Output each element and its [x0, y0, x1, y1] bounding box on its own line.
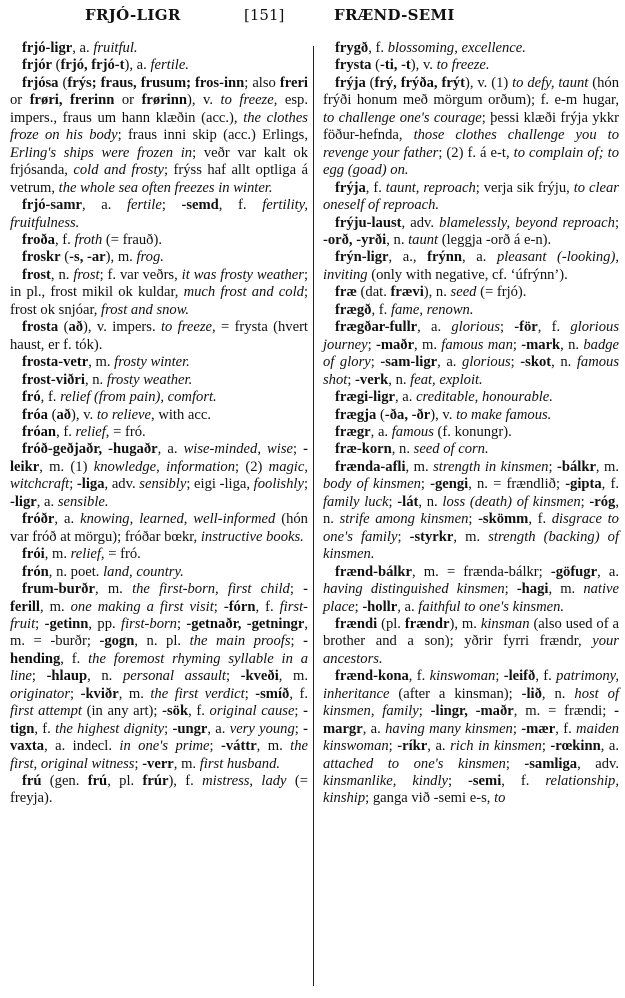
headword: -rœkinn	[550, 738, 600, 754]
entry-text: , a.	[371, 424, 392, 440]
definition: it was frosty weather	[182, 267, 304, 283]
definition: originator	[10, 686, 70, 702]
entry-text: , m.	[45, 546, 71, 562]
dictionary-entry: fró, f. relief (from pain), comfort.	[10, 389, 308, 406]
definition: knowledge, information	[94, 459, 235, 475]
entry-text: ;	[347, 372, 355, 388]
headword: -verk	[355, 372, 388, 388]
headword: -samliga	[524, 756, 577, 772]
definition: knowing, learned, well-informed	[80, 511, 275, 527]
entry-text: , a.	[462, 249, 497, 265]
headword: frýja	[335, 180, 366, 196]
definition: relief	[71, 546, 101, 562]
entry-text: , = fró.	[101, 546, 141, 562]
definition: having many kinsmen	[385, 721, 513, 737]
entry-text: , n.	[51, 267, 73, 283]
headword: frævi	[391, 284, 424, 300]
dictionary-entry: frygð, f. blossoming, excellence.	[323, 40, 619, 57]
entry-text: (pl.	[377, 616, 405, 632]
headword: -smíð	[255, 686, 289, 702]
headword: -leifð	[504, 668, 536, 684]
entry-text: , n. poet.	[49, 564, 103, 580]
headword: frjór	[22, 57, 52, 73]
headword: -fórn	[224, 599, 256, 615]
entry-text: ;	[226, 668, 241, 684]
entry-text: , n. = frændlið;	[468, 476, 565, 492]
headword: frýja	[335, 75, 366, 91]
entry-text: (	[366, 75, 375, 91]
headword: -ríkr	[397, 738, 427, 754]
definition: blamelessly, beyond reproach	[439, 215, 615, 231]
entry-text: or	[10, 92, 30, 108]
entry-text: , m.	[40, 599, 71, 615]
entry-text: ;	[290, 581, 303, 597]
entry-text: , n.	[551, 354, 577, 370]
dictionary-entry: frægja (-ða, -ðr), v. to make famous.	[323, 407, 619, 424]
entry-text: , a.	[158, 441, 184, 457]
headword: freri	[280, 75, 308, 91]
entry-text: , m.	[88, 354, 114, 370]
entry-text: , pl.	[107, 773, 142, 789]
headword: -styrkr	[410, 529, 454, 545]
dictionary-entry: frjó-ligr, a. fruitful.	[10, 40, 308, 57]
definition: land, country.	[103, 564, 184, 580]
definition: in one's prime	[119, 738, 209, 754]
headword: -getnaðr, -getningr	[186, 616, 304, 632]
headword: frægr	[335, 424, 371, 440]
entry-text: ), v.	[430, 407, 456, 423]
definition: feat, exploit.	[410, 372, 483, 388]
headword: frægðar-fullr	[335, 319, 417, 335]
dictionary-entry: frægðar-fullr, a. glorious; -för, f. glo…	[323, 319, 619, 389]
headword: froða	[22, 232, 55, 248]
dictionary-entry: frýju-laust, adv. blamelessly, beyond re…	[323, 215, 619, 250]
entry-text: ;	[368, 337, 376, 353]
entry-text: ;	[214, 599, 224, 615]
headword: -skot	[520, 354, 551, 370]
entry-text: ), v.	[71, 407, 97, 423]
dictionary-entry: frjósa (frýs; fraus, frusum; fros-inn; a…	[10, 75, 308, 197]
headword: fróðr	[22, 511, 54, 527]
definition: the highest dignity	[55, 721, 164, 737]
page-header: FRJÓ-LIGR [151] FRÆND-SEMI	[0, 6, 625, 28]
definition: to make famous.	[456, 407, 551, 423]
definition: glorious	[451, 319, 500, 335]
definition: kinsman	[481, 616, 530, 632]
entry-text: , n.	[388, 372, 410, 388]
headword: frændi	[335, 616, 377, 632]
dictionary-entry: fróa (að), v. to relieve, with acc.	[10, 407, 308, 424]
entry-text: ), m.	[106, 249, 137, 265]
headword: frøri, frerinn	[30, 92, 115, 108]
headword: -mark	[521, 337, 560, 353]
entry-text: ;	[371, 354, 381, 370]
headword: -gengi	[430, 476, 468, 492]
dictionary-entry: fræ (dat. frævi), n. seed (= frjó).	[323, 284, 619, 301]
definition: sensibly	[139, 476, 186, 492]
headword: fró	[22, 389, 41, 405]
entry-text: , m.	[257, 738, 291, 754]
dictionary-entry: froskr (-s, -ar), m. frog.	[10, 249, 308, 266]
entry-text: ;	[164, 721, 172, 737]
entry-text: ; (2) f. á e-t,	[438, 145, 513, 161]
definition: famous	[392, 424, 434, 440]
entry-text: , n.	[85, 372, 107, 388]
dictionary-entry: frægð, f. fame, renown.	[323, 302, 619, 319]
headword: -s, -ar	[69, 249, 105, 265]
entry-text: ;	[419, 703, 431, 719]
entry-text: , f.	[366, 180, 386, 196]
entry-text: , adv.	[401, 215, 439, 231]
entry-text: ;	[304, 476, 308, 492]
headword: -ti, -t	[380, 57, 411, 73]
headword: frygð	[335, 40, 368, 56]
headword: -getinn	[45, 616, 89, 632]
definition: having distinguished kinsmen	[323, 581, 505, 597]
headword: fræ	[335, 284, 357, 300]
dictionary-entry: frost-viðri, n. frosty weather.	[10, 372, 308, 389]
entry-text: (after a kinsman);	[389, 686, 521, 702]
headword: frón	[22, 564, 49, 580]
definition: to relieve	[97, 407, 151, 423]
entry-text: ;	[177, 616, 186, 632]
entry-text: ), a.	[125, 57, 151, 73]
entry-text: ; also	[244, 75, 280, 91]
headword: frænda-afli	[335, 459, 406, 475]
dictionary-entry: frosta (að), v. impers. to freeze, = fry…	[10, 319, 308, 354]
definition: the first verdict	[150, 686, 244, 702]
entry-text: ;	[421, 476, 430, 492]
entry-text: , a.	[207, 721, 229, 737]
left-guideword: FRJÓ-LIGR	[85, 6, 181, 24]
headword: frúr	[143, 773, 169, 789]
headword: -semi	[468, 773, 501, 789]
entry-text: ;	[162, 197, 182, 213]
definition: much frost and cold	[184, 284, 304, 300]
entry-text: ), f.	[168, 773, 202, 789]
entry-text: ;	[506, 756, 525, 772]
entry-text: ; verja sik frýju,	[476, 180, 574, 196]
definition: instructive books.	[201, 529, 304, 545]
entry-text: , n.	[392, 441, 414, 457]
headword: froskr	[22, 249, 61, 265]
entry-text: , m. = frænda-bálkr;	[412, 564, 551, 580]
definition: frosty weather.	[107, 372, 192, 388]
entry-text: , a.	[397, 599, 418, 615]
entry-text: , f.	[371, 302, 390, 318]
headword: frørinn	[142, 92, 187, 108]
entry-text: , = fró.	[106, 424, 146, 440]
entry-text: ;	[397, 529, 409, 545]
dictionary-entry: fróðr, a. knowing, learned, well-informe…	[10, 511, 308, 546]
dictionary-entry: fræ-korn, n. seed of corn.	[323, 441, 619, 458]
entry-text: (= frauð).	[102, 232, 162, 248]
definition: to freeze.	[437, 57, 490, 73]
dictionary-entry: frosta-vetr, m. frosty winter.	[10, 354, 308, 371]
definition: creditable, honourable.	[416, 389, 553, 405]
entry-text: , m.	[95, 581, 132, 597]
headword: -kviðr	[81, 686, 119, 702]
entry-text: , f.	[555, 721, 576, 737]
entry-text: (	[52, 57, 61, 73]
definition: rich in kinsmen	[450, 738, 542, 754]
entry-text: ; (2)	[235, 459, 269, 475]
headword: frændr	[405, 616, 450, 632]
entry-text: , n.	[386, 232, 408, 248]
definition: kinswoman	[430, 668, 496, 684]
headword: fræ-korn	[335, 441, 392, 457]
entry-text: , f.	[368, 40, 387, 56]
entry-text: , a.	[82, 197, 127, 213]
entry-text: , m.	[279, 668, 308, 684]
entry-text: ;	[548, 459, 557, 475]
dictionary-entry: frysta (-ti, -t), v. to freeze.	[323, 57, 619, 74]
headword: -ða, -ðr	[385, 407, 430, 423]
entry-text: , a.	[363, 721, 385, 737]
entry-text: , a.	[427, 738, 450, 754]
definition: to defy, taunt	[512, 75, 588, 91]
entry-text: , a.	[72, 40, 93, 56]
headword: frjó-ligr	[22, 40, 72, 56]
entry-text: , adv.	[577, 756, 619, 772]
definition: blossoming, excellence.	[388, 40, 526, 56]
entry-text: ;	[70, 686, 81, 702]
definition: famous man	[441, 337, 513, 353]
entry-text: (= frjó).	[476, 284, 526, 300]
entry-text: ; eigi -liga,	[186, 476, 253, 492]
dictionary-entry: frýja (frý, frýða, frýt), v. (1) to defy…	[323, 75, 619, 180]
headword: frýs; fraus, frusum; fros-inn	[67, 75, 244, 91]
definition: first-born	[121, 616, 177, 632]
headword: frýju-laust	[335, 215, 401, 231]
right-column: frygð, f. blossoming, excellence.frysta …	[323, 40, 619, 808]
entry-text: , f.	[255, 599, 279, 615]
headword: frjósa	[22, 75, 58, 91]
entry-text: , n. pl.	[134, 633, 189, 649]
dictionary-entry: frjór (frjó, frjó-t), a. fertile.	[10, 57, 308, 74]
entry-text: ;	[513, 721, 521, 737]
entry-text: ;	[291, 633, 304, 649]
column-divider	[313, 46, 314, 986]
entry-text: (	[58, 319, 68, 335]
dictionary-entry: frænda-afli, m. strength in kinsmen; -bá…	[323, 459, 619, 564]
entry-text: , m.	[174, 756, 200, 772]
headword: að	[56, 407, 71, 423]
dictionary-entry: frýn-ligr, a., frýnn, a. pleasant (-look…	[323, 249, 619, 284]
entry-text: , f.	[55, 232, 74, 248]
definition: body of kinsmen	[323, 476, 421, 492]
entry-text: ; ganga við -semi e-s,	[365, 790, 494, 806]
headword: -hollr	[362, 599, 397, 615]
dictionary-entry: frum-burðr, m. the first-born, first chi…	[10, 581, 308, 773]
entry-text: , a.	[417, 319, 451, 335]
entry-text: ;	[389, 494, 398, 510]
headword: -ungr	[173, 721, 208, 737]
entry-text: ;	[495, 668, 503, 684]
dictionary-entry: frænd-bálkr, m. = frænda-bálkr; -göfugr,…	[323, 564, 619, 616]
headword: að	[68, 319, 83, 335]
entry-text: ; f. var veðrs,	[100, 267, 182, 283]
entry-text: , n.	[542, 686, 574, 702]
entry-text: (only with negative, cf. ‘úfrýnn’).	[368, 267, 568, 283]
entry-text: , m. (1)	[39, 459, 94, 475]
headword: frænd-bálkr	[335, 564, 412, 580]
headword: frjó-samr	[22, 197, 82, 213]
headword: -maðr	[376, 337, 414, 353]
entry-text: (gen.	[41, 773, 87, 789]
entry-text: (leggja -orð á e-n).	[438, 232, 551, 248]
definition: fruitful.	[93, 40, 137, 56]
headword: frægð	[335, 302, 371, 318]
entry-text: , a.	[54, 511, 80, 527]
entry-text: ;	[511, 354, 521, 370]
definition: frog.	[136, 249, 163, 265]
definition: fertile	[127, 197, 162, 213]
headword: fróan	[22, 424, 56, 440]
headword: -verr	[142, 756, 174, 772]
headword: -lát	[397, 494, 418, 510]
headword: frýn-ligr	[335, 249, 389, 265]
headword: -sök	[162, 703, 188, 719]
definition: taunt	[408, 232, 438, 248]
entry-text: (	[376, 407, 385, 423]
entry-text: , pp.	[88, 616, 121, 632]
headword: fróa	[22, 407, 48, 423]
headword: frú	[22, 773, 41, 789]
definition: fame, renown.	[391, 302, 474, 318]
definition: to	[494, 790, 505, 806]
entry-text: , m.	[453, 529, 488, 545]
definition: attached to one's kinsmen	[323, 756, 506, 772]
definition: strife among kinsmen	[340, 511, 469, 527]
definition: frost and snow.	[101, 302, 189, 318]
entry-text: or	[114, 92, 141, 108]
dictionary-entry: frænd-kona, f. kinswoman; -leifð, f. pat…	[323, 668, 619, 808]
entry-text: ;	[294, 703, 303, 719]
entry-text: ;	[389, 738, 398, 754]
headword: frænd-kona	[335, 668, 409, 684]
headword: frost	[22, 267, 51, 283]
definition: kinsmanlike, kindly	[323, 773, 448, 789]
definition: glorious	[462, 354, 511, 370]
entry-text: , adv.	[105, 476, 140, 492]
headword: -liga	[77, 476, 105, 492]
definition: one making a first visit	[71, 599, 214, 615]
entry-text: , m. = frændi;	[514, 703, 614, 719]
entry-text: , a.	[395, 389, 416, 405]
entry-text: , m.	[414, 337, 441, 353]
definition: very young	[230, 721, 295, 737]
headword: frægja	[335, 407, 376, 423]
definition: taunt, reproach	[386, 180, 476, 196]
entry-text: ;	[245, 686, 256, 702]
entry-text: ;	[32, 668, 47, 684]
entry-text: , n.	[560, 337, 583, 353]
entry-text: ;	[293, 441, 303, 457]
entry-text: , a.	[597, 564, 619, 580]
headword: frói	[22, 546, 45, 562]
headword: frý, frýða, frýt	[375, 75, 465, 91]
headword: -hlaup	[47, 668, 88, 684]
headword: frjó, frjó-t	[61, 57, 125, 73]
entry-text: , f.	[538, 319, 571, 335]
headword: -bálkr	[557, 459, 596, 475]
entry-text: ;	[295, 721, 303, 737]
page-number: [151]	[244, 6, 284, 24]
headword: frysta	[335, 57, 371, 73]
entry-text: , f.	[535, 668, 556, 684]
entry-text: , f.	[528, 511, 551, 527]
definition: personal assault	[123, 668, 226, 684]
headword: -róg	[589, 494, 615, 510]
definition: original cause	[210, 703, 295, 719]
entry-text: ;	[500, 319, 514, 335]
definition: seed	[451, 284, 477, 300]
definition: fertile.	[150, 57, 189, 73]
dictionary-entry: frost, n. frost; f. var veðrs, it was fr…	[10, 267, 308, 319]
headword: frost-viðri	[22, 372, 85, 388]
entry-text: (	[371, 57, 380, 73]
dictionary-entry: frú (gen. frú, pl. frúr), f. mistress, l…	[10, 773, 308, 808]
headword: -skömm	[478, 511, 528, 527]
definition: the whole sea often freezes in winter.	[59, 180, 273, 196]
headword: -lið	[522, 686, 542, 702]
definition: relief (from pain), comfort.	[60, 389, 217, 405]
definition: the first-born, first child	[132, 581, 290, 597]
entry-text: (dat.	[357, 284, 391, 300]
definition: mistress, lady	[202, 773, 286, 789]
headword: frosta-vetr	[22, 354, 88, 370]
dictionary-entry: fróan, f. relief, = fró.	[10, 424, 308, 441]
headword: frú	[88, 773, 107, 789]
definition: froth	[74, 232, 102, 248]
entry-text: , m.	[119, 686, 151, 702]
entry-text: ;	[69, 476, 77, 492]
dictionary-entry: frjó-samr, a. fertile; -semd, f. fertili…	[10, 197, 308, 232]
definition: cold and frosty	[73, 162, 164, 178]
entry-text: , n.	[87, 668, 123, 684]
entry-text: , m.	[596, 459, 619, 475]
headword: frýnn	[427, 249, 462, 265]
headword: frum-burðr	[22, 581, 95, 597]
dictionary-entry: frægi-ligr, a. creditable, honourable.	[323, 389, 619, 406]
entry-text: , m.	[406, 459, 434, 475]
entry-text: ), v. (1)	[465, 75, 512, 91]
headword: -mær	[521, 721, 555, 737]
definition: foolishly	[254, 476, 304, 492]
definition: loss (death) of kinsmen	[442, 494, 580, 510]
entry-text: , f.	[289, 686, 308, 702]
definition: to challenge one's courage	[323, 110, 482, 126]
entry-text: , m.	[548, 581, 583, 597]
entry-text: ;	[448, 773, 468, 789]
dictionary-entry: frændi (pl. frændr), m. kinsman (also us…	[323, 616, 619, 668]
headword: frægi-ligr	[335, 389, 395, 405]
definition: family luck	[323, 494, 389, 510]
headword: -váttr	[221, 738, 257, 754]
entry-text: ), m.	[449, 616, 480, 632]
entry-text: , a.	[601, 738, 619, 754]
headword: fróð-geðjaðr, -hugaðr	[22, 441, 158, 457]
headword: -sam-ligr	[380, 354, 437, 370]
definition: seed of corn.	[414, 441, 489, 457]
right-guideword: FRÆND-SEMI	[334, 6, 455, 24]
definition: sensible.	[58, 494, 109, 510]
dictionary-entry: froða, f. froth (= frauð).	[10, 232, 308, 249]
entry-text: ;	[513, 337, 521, 353]
entry-text: , a.,	[389, 249, 428, 265]
left-column: frjó-ligr, a. fruitful.frjór (frjó, frjó…	[10, 40, 308, 808]
